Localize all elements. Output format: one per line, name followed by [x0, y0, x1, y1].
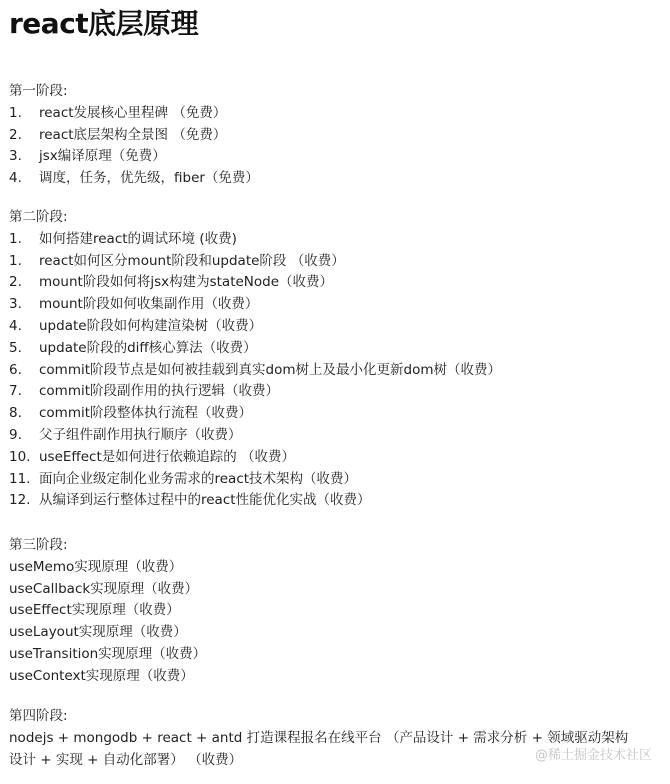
list-item: 9.父子组件副作用执行顺序（收费）	[9, 425, 501, 447]
list-item: useCallback实现原理（收费）	[9, 579, 206, 601]
stage-2-heading: 第二阶段:	[9, 207, 501, 229]
list-item: useMemo实现原理（收费）	[9, 557, 206, 579]
list-item: 3.jsx编译原理（免费）	[9, 146, 259, 168]
list-item: useTransition实现原理（收费）	[9, 644, 206, 666]
list-item: 3.mount阶段如何收集副作用（收费）	[9, 294, 501, 316]
list-item: useContext实现原理（收费）	[9, 666, 206, 688]
page-title: react底层原理	[9, 2, 198, 42]
stage-3-section: 第三阶段: useMemo实现原理（收费） useCallback实现原理（收费…	[9, 535, 206, 688]
stage-1-section: 第一阶段: 1.react发展核心里程碑 （免费） 2.react底层架构全景图…	[9, 81, 259, 190]
list-item: 8.commit阶段整体执行流程（收费）	[9, 403, 501, 425]
list-item: 2.mount阶段如何将jsx构建为stateNode（收费）	[9, 272, 501, 294]
stage-3-heading: 第三阶段:	[9, 535, 206, 557]
stage-4-heading: 第四阶段:	[9, 706, 628, 728]
list-item: 1.react发展核心里程碑 （免费）	[9, 103, 259, 125]
list-item: 5.update阶段的diff核心算法（收费）	[9, 338, 501, 360]
list-item: 10.useEffect是如何进行依赖追踪的 （收费）	[9, 447, 501, 469]
list-item: 11.面向企业级定制化业务需求的react技术架构（收费）	[9, 469, 501, 491]
list-item: 2.react底层架构全景图 （免费）	[9, 125, 259, 147]
list-item: 1.react如何区分mount阶段和update阶段 （收费）	[9, 251, 501, 273]
watermark: @稀土掘金技术社区	[535, 744, 652, 763]
stage-2-section: 第二阶段: 1.如何搭建react的调试环境 (收费) 1.react如何区分m…	[9, 207, 501, 512]
list-item: 6.commit阶段节点是如何被挂载到真实dom树上及最小化更新dom树（收费）	[9, 360, 501, 382]
list-item: useEffect实现原理（收费）	[9, 600, 206, 622]
list-item: useLayout实现原理（收费）	[9, 622, 206, 644]
list-item: 4.调度，任务，优先级，fiber（免费）	[9, 168, 259, 190]
stage-1-heading: 第一阶段:	[9, 81, 259, 103]
list-item: 4.update阶段如何构建渲染树（收费）	[9, 316, 501, 338]
list-item: 1.如何搭建react的调试环境 (收费)	[9, 229, 501, 251]
list-item: 12.从编译到运行整体过程中的react性能优化实战（收费）	[9, 490, 501, 512]
list-item: 7.commit阶段副作用的执行逻辑（收费）	[9, 381, 501, 403]
